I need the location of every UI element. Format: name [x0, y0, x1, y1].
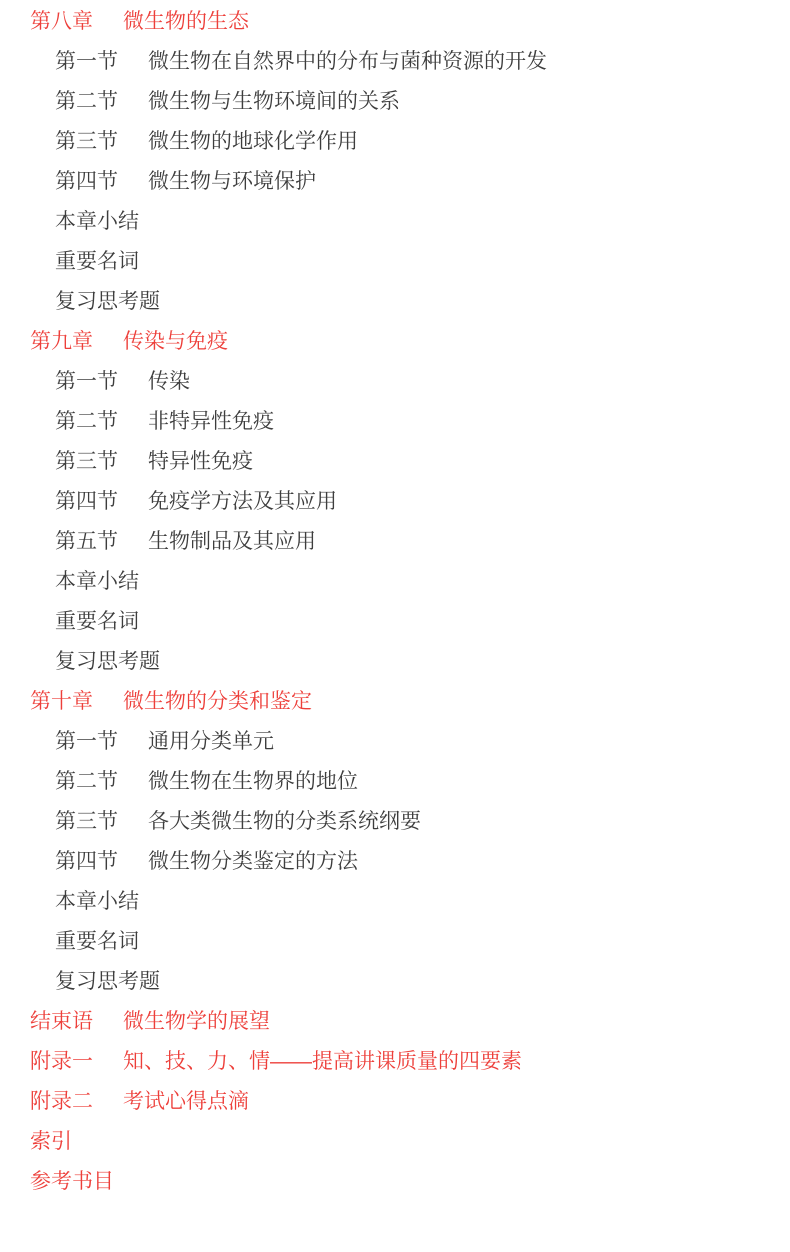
toc-entry-title: 微生物分类鉴定的方法: [148, 842, 358, 882]
toc-entry-label: 第十章: [30, 682, 93, 722]
toc-entry-title: 复习思考题: [55, 962, 160, 1002]
toc-entry[interactable]: 第四节 微生物与环境保护: [0, 162, 790, 202]
toc-entry[interactable]: 参考书目: [0, 1162, 790, 1202]
toc-entry-title: 微生物学的展望: [123, 1002, 270, 1042]
toc-entry-title: 微生物的生态: [123, 2, 249, 42]
toc-entry[interactable]: 索引: [0, 1122, 790, 1162]
toc-entry[interactable]: 附录一 知、技、力、情——提高讲课质量的四要素: [0, 1042, 790, 1082]
toc-entry-label: 附录一: [30, 1042, 93, 1082]
toc-entry-label: 第二节: [55, 82, 118, 122]
toc-entry-label: 第五节: [55, 522, 118, 562]
toc-entry-title: 考试心得点滴: [123, 1082, 249, 1122]
toc-entry[interactable]: 第一节 传染: [0, 362, 790, 402]
toc-entry-label: 第四节: [55, 482, 118, 522]
toc-entry[interactable]: 第一节 微生物在自然界中的分布与菌种资源的开发: [0, 42, 790, 82]
toc-entry-title: 参考书目: [30, 1162, 114, 1202]
toc-entry-label: 第一节: [55, 42, 118, 82]
toc-entry[interactable]: 第五节 生物制品及其应用: [0, 522, 790, 562]
toc-entry-label: 结束语: [30, 1002, 93, 1042]
toc-entry-title: 本章小结: [55, 202, 139, 242]
toc-entry[interactable]: 结束语 微生物学的展望: [0, 1002, 790, 1042]
toc-entry-label: 第四节: [55, 842, 118, 882]
toc-entry-label: 附录二: [30, 1082, 93, 1122]
toc-entry[interactable]: 本章小结: [0, 882, 790, 922]
toc-entry-title: 重要名词: [55, 242, 139, 282]
toc-entry-title: 生物制品及其应用: [148, 522, 316, 562]
toc-entry-title: 免疫学方法及其应用: [148, 482, 337, 522]
table-of-contents: 第八章 微生物的生态 第一节 微生物在自然界中的分布与菌种资源的开发 第二节 微…: [0, 0, 790, 1202]
toc-entry[interactable]: 重要名词: [0, 242, 790, 282]
toc-entry-title: 复习思考题: [55, 282, 160, 322]
toc-entry[interactable]: 复习思考题: [0, 642, 790, 682]
toc-entry-title: 传染: [148, 362, 190, 402]
toc-entry[interactable]: 第二节 非特异性免疫: [0, 402, 790, 442]
toc-entry-title: 重要名词: [55, 602, 139, 642]
toc-entry-title: 微生物与生物环境间的关系: [148, 82, 400, 122]
toc-entry[interactable]: 第三节 特异性免疫: [0, 442, 790, 482]
toc-entry[interactable]: 复习思考题: [0, 962, 790, 1002]
toc-entry-label: 第三节: [55, 122, 118, 162]
toc-entry[interactable]: 第二节 微生物与生物环境间的关系: [0, 82, 790, 122]
toc-entry-title: 微生物的分类和鉴定: [123, 682, 312, 722]
toc-entry-label: 第二节: [55, 402, 118, 442]
toc-entry-title: 通用分类单元: [148, 722, 274, 762]
toc-entry[interactable]: 第八章 微生物的生态: [0, 2, 790, 42]
toc-entry-title: 传染与免疫: [123, 322, 228, 362]
toc-entry-label: 第八章: [30, 2, 93, 42]
toc-entry[interactable]: 第一节 通用分类单元: [0, 722, 790, 762]
toc-entry-title: 索引: [30, 1122, 72, 1162]
toc-entry-title: 本章小结: [55, 882, 139, 922]
toc-entry[interactable]: 本章小结: [0, 562, 790, 602]
toc-entry[interactable]: 本章小结: [0, 202, 790, 242]
toc-entry-label: 第一节: [55, 362, 118, 402]
toc-entry-title: 各大类微生物的分类系统纲要: [148, 802, 421, 842]
toc-entry-label: 第二节: [55, 762, 118, 802]
toc-entry[interactable]: 复习思考题: [0, 282, 790, 322]
toc-entry-label: 第三节: [55, 442, 118, 482]
toc-entry[interactable]: 第四节 微生物分类鉴定的方法: [0, 842, 790, 882]
toc-entry-title: 特异性免疫: [148, 442, 253, 482]
toc-entry[interactable]: 重要名词: [0, 922, 790, 962]
toc-entry-label: 第四节: [55, 162, 118, 202]
ebook-toc-page: { "page": { "background": "#ffffff", "co…: [0, 0, 790, 1252]
toc-entry-title: 微生物在生物界的地位: [148, 762, 358, 802]
toc-entry-label: 第三节: [55, 802, 118, 842]
toc-entry-title: 重要名词: [55, 922, 139, 962]
toc-entry[interactable]: 第二节 微生物在生物界的地位: [0, 762, 790, 802]
toc-entry[interactable]: 第十章 微生物的分类和鉴定: [0, 682, 790, 722]
toc-entry-title: 非特异性免疫: [148, 402, 274, 442]
toc-entry[interactable]: 第四节 免疫学方法及其应用: [0, 482, 790, 522]
toc-entry-title: 微生物与环境保护: [148, 162, 316, 202]
toc-entry-title: 复习思考题: [55, 642, 160, 682]
toc-entry-title: 本章小结: [55, 562, 139, 602]
toc-entry[interactable]: 附录二 考试心得点滴: [0, 1082, 790, 1122]
toc-entry-label: 第九章: [30, 322, 93, 362]
toc-entry[interactable]: 第三节 各大类微生物的分类系统纲要: [0, 802, 790, 842]
toc-entry-title: 微生物在自然界中的分布与菌种资源的开发: [148, 42, 547, 82]
toc-entry-title: 微生物的地球化学作用: [148, 122, 358, 162]
toc-entry[interactable]: 第九章 传染与免疫: [0, 322, 790, 362]
toc-entry-label: 第一节: [55, 722, 118, 762]
toc-entry-title: 知、技、力、情——提高讲课质量的四要素: [123, 1042, 522, 1082]
toc-entry[interactable]: 第三节 微生物的地球化学作用: [0, 122, 790, 162]
toc-entry[interactable]: 重要名词: [0, 602, 790, 642]
